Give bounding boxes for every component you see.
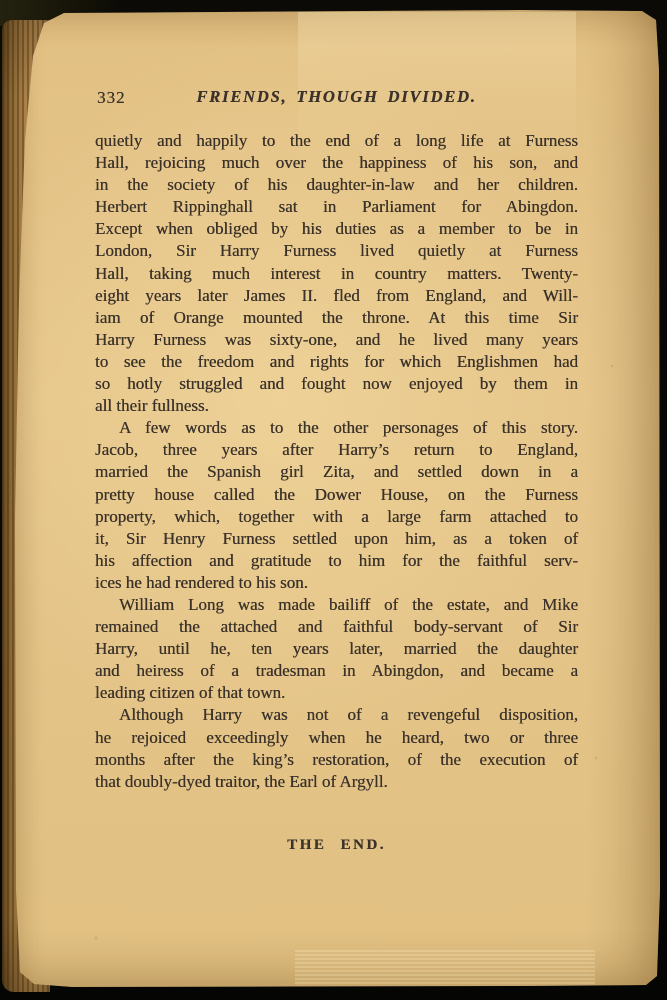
text-line: Except when obliged by his duties as a m… — [95, 218, 578, 240]
text-line: A few words as to the other personages o… — [95, 417, 578, 439]
text-line: that doubly-dyed traitor, the Earl of Ar… — [95, 771, 578, 793]
text-line: Hall, taking much interest in country ma… — [95, 263, 578, 285]
book-page: 332 FRIENDS, THOUGH DIVIDED. quietly and… — [0, 0, 667, 1000]
text-line: so hotly struggled and fought now enjoye… — [95, 373, 578, 395]
text-line: property, which, together with a large f… — [95, 506, 578, 528]
text-line: pretty house called the Dower House, on … — [95, 484, 578, 506]
text-line: months after the king’s restoration, of … — [95, 749, 578, 771]
text-line: Harry, until he, ten years later, marrie… — [95, 638, 578, 660]
text-line: it, Sir Henry Furness settled upon him, … — [95, 528, 578, 550]
text-line: Herbert Rippinghall sat in Parliament fo… — [95, 196, 578, 218]
text-line: quietly and happily to the end of a long… — [95, 130, 578, 152]
book-scan: 332 FRIENDS, THOUGH DIVIDED. quietly and… — [0, 0, 667, 1000]
text-line: ices he had rendered to his son. — [95, 572, 578, 594]
running-title: FRIENDS, THOUGH DIVIDED. — [95, 87, 578, 107]
text-line: Harry Furness was sixty-one, and he live… — [95, 329, 578, 351]
text-line: in the society of his daughter-in-law an… — [95, 174, 578, 196]
text-line: all their fullness. — [95, 395, 578, 417]
text-line: leading citizen of that town. — [95, 682, 578, 704]
text-line: Jacob, three years after Harry’s return … — [95, 439, 578, 461]
text-line: eight years later James II. fled from En… — [95, 285, 578, 307]
text-block: 332 FRIENDS, THOUGH DIVIDED. quietly and… — [95, 87, 578, 854]
text-line: his affection and gratitude to him for t… — [95, 550, 578, 572]
text-line: he rejoiced exceedingly when he heard, t… — [95, 727, 578, 749]
body-text: quietly and happily to the end of a long… — [95, 130, 578, 793]
text-line: and heiress of a tradesman in Abingdon, … — [95, 660, 578, 682]
the-end-label: THE END. — [95, 837, 578, 854]
text-line: remained the attached and faithful body-… — [95, 616, 578, 638]
text-line: married the Spanish girl Zita, and settl… — [95, 461, 578, 483]
text-line: London, Sir Harry Furness lived quietly … — [95, 240, 578, 262]
text-line: Although Harry was not of a revengeful d… — [95, 704, 578, 726]
text-line: William Long was made bailiff of the est… — [95, 594, 578, 616]
page-header: 332 FRIENDS, THOUGH DIVIDED. — [95, 87, 578, 109]
page-number: 332 — [97, 88, 126, 108]
text-line: iam of Orange mounted the throne. At thi… — [95, 307, 578, 329]
text-line: to see the freedom and rights for which … — [95, 351, 578, 373]
text-line: Hall, rejoicing much over the happiness … — [95, 152, 578, 174]
